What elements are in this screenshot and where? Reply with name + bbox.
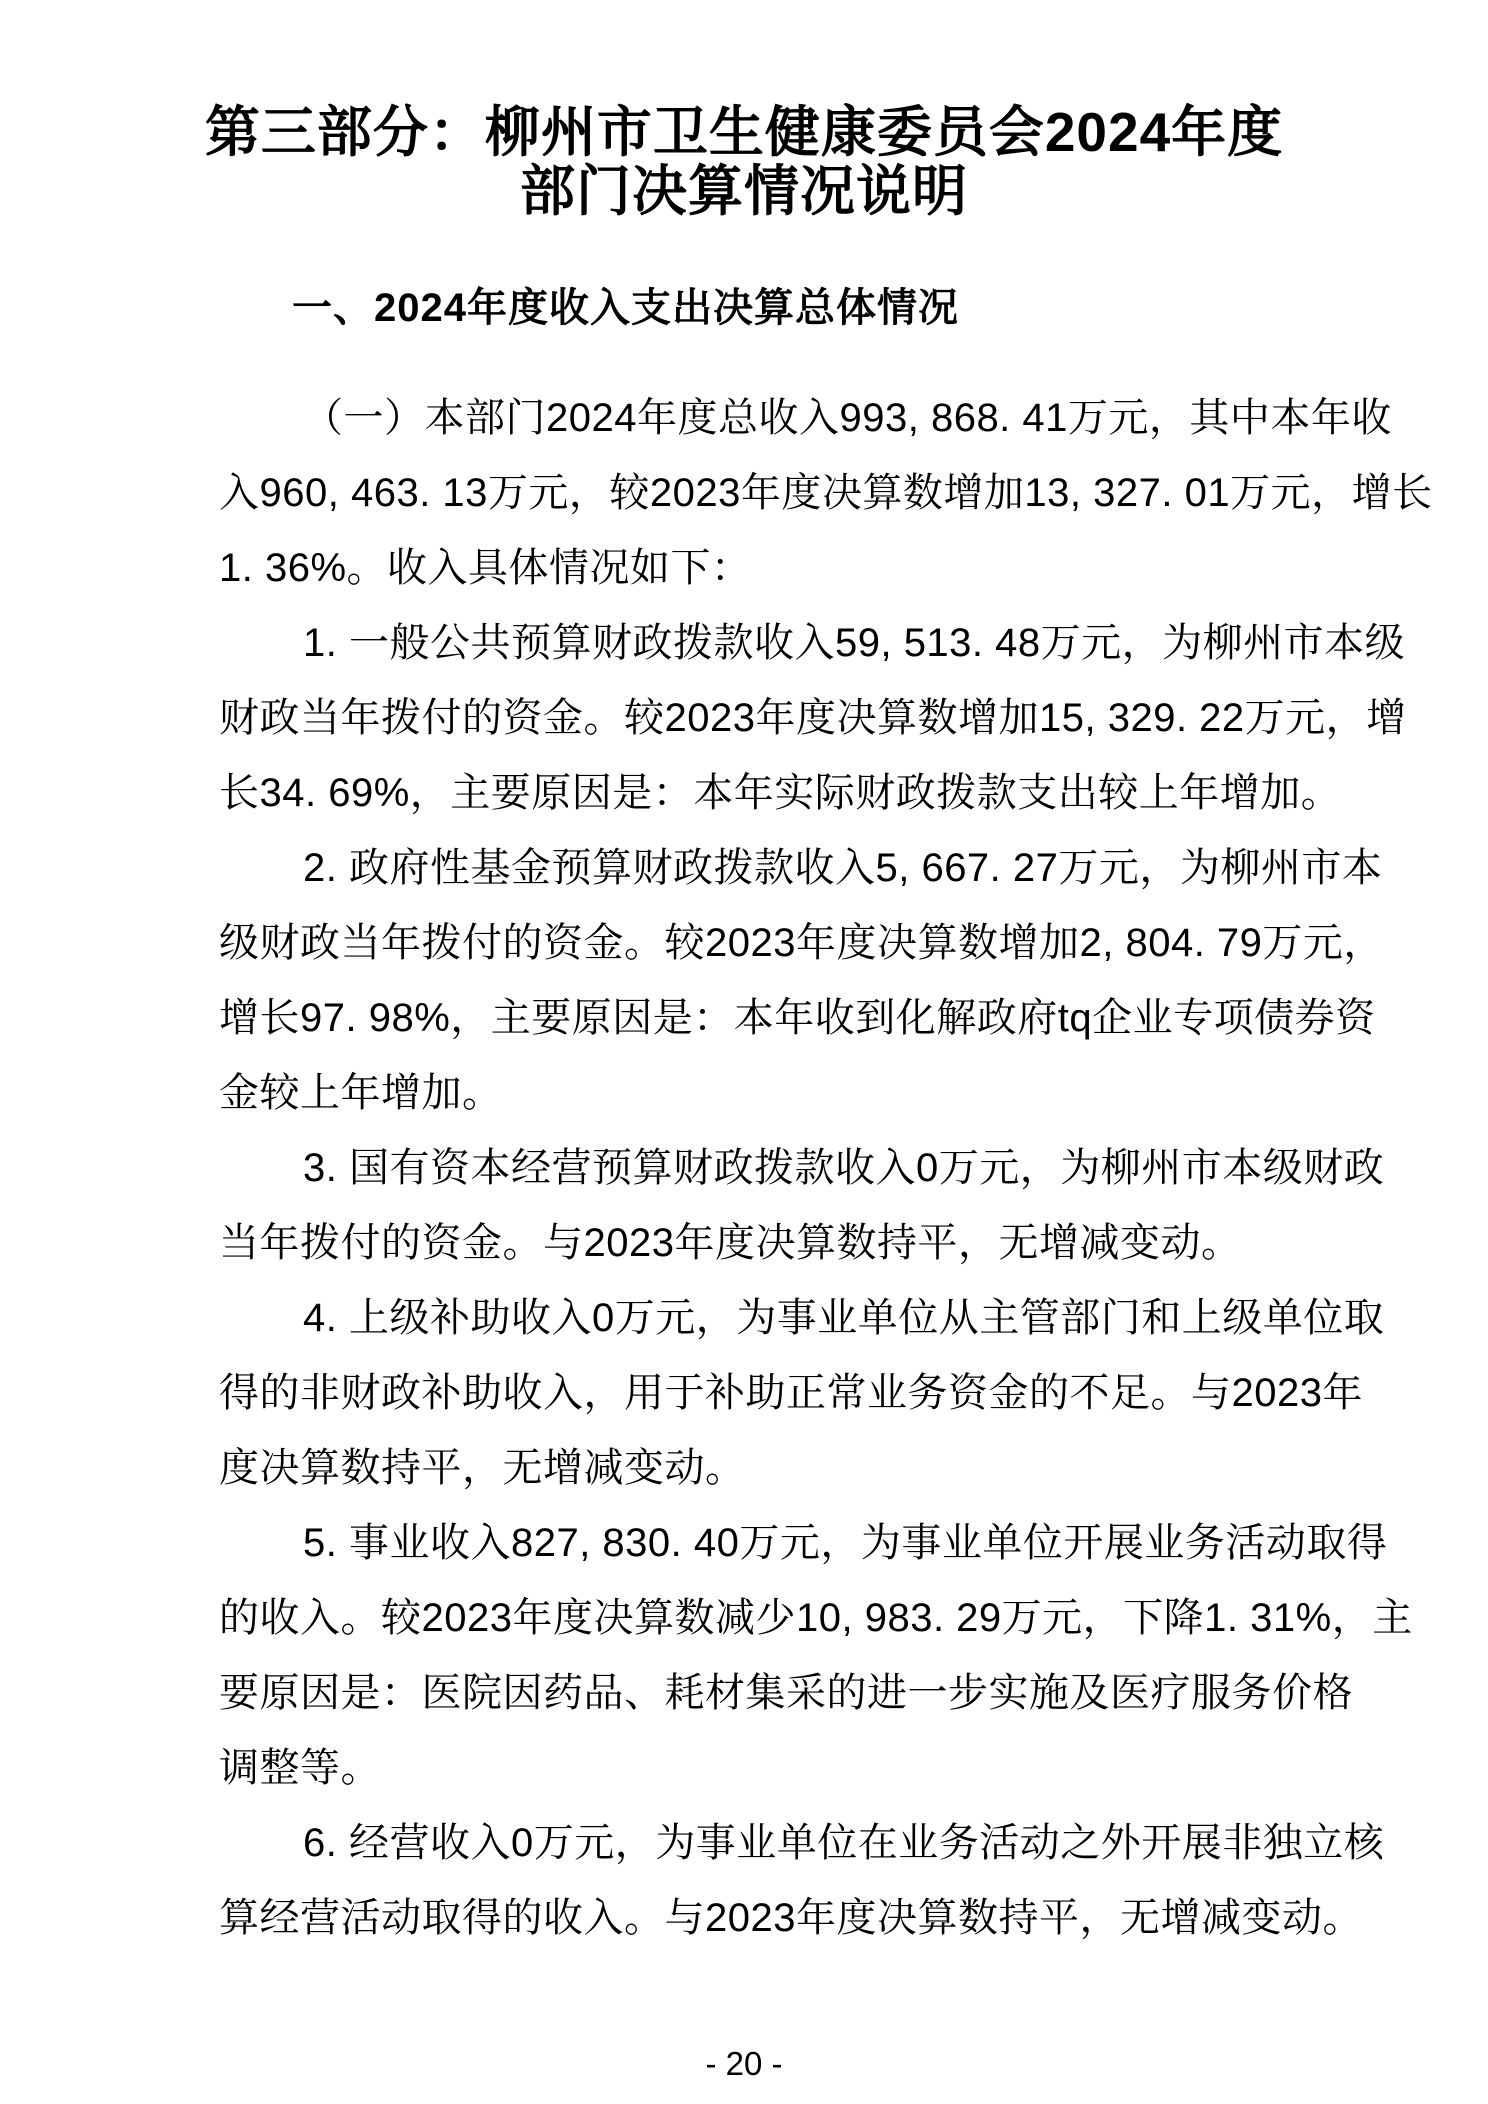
- document-page: 第三部分：柳州市卫生健康委员会2024年度 部门决算情况说明 一、2024年度收…: [0, 0, 1488, 2104]
- paragraph-item-1: 1. 一般公共预算财政拨款收入59, 513. 48万元，为柳州市本级 财政当年…: [219, 606, 1319, 831]
- body-line: 1. 一般公共预算财政拨款收入59, 513. 48万元，为柳州市本级: [219, 606, 1319, 681]
- body-line: 的收入。较2023年度决算数减少10, 983. 29万元，下降1. 31%，主: [219, 1581, 1319, 1656]
- page-number: - 20 -: [705, 2045, 782, 2082]
- paragraph-item-6: 6. 经营收入0万元，为事业单位在业务活动之外开展非独立核 算经营活动取得的收入…: [219, 1806, 1319, 1956]
- body-line: 6. 经营收入0万元，为事业单位在业务活动之外开展非独立核: [219, 1806, 1319, 1881]
- paragraph-item-4: 4. 上级补助收入0万元，为事业单位从主管部门和上级单位取 得的非财政补助收入，…: [219, 1281, 1319, 1506]
- body-line: 长34. 69%，主要原因是：本年实际财政拨款支出较上年增加。: [219, 756, 1319, 831]
- paragraph-item-3: 3. 国有资本经营预算财政拨款收入0万元，为柳州市本级财政 当年拨付的资金。与2…: [219, 1131, 1319, 1281]
- body-line: 算经营活动取得的收入。与2023年度决算数持平，无增减变动。: [219, 1881, 1319, 1956]
- body-line: 当年拨付的资金。与2023年度决算数持平，无增减变动。: [219, 1206, 1319, 1281]
- document-body: （一）本部门2024年度总收入993, 868. 41万元，其中本年收 入960…: [219, 381, 1319, 1956]
- body-line: 1. 36%。收入具体情况如下：: [219, 531, 1319, 606]
- paragraph-item-2: 2. 政府性基金预算财政拨款收入5, 667. 27万元，为柳州市本 级财政当年…: [219, 831, 1319, 1131]
- body-line: 级财政当年拨付的资金。较2023年度决算数增加2, 804. 79万元，: [219, 906, 1319, 981]
- paragraph-item-5: 5. 事业收入827, 830. 40万元，为事业单位开展业务活动取得 的收入。…: [219, 1506, 1319, 1806]
- body-line: 调整等。: [219, 1731, 1319, 1806]
- page-footer: - 20 -: [0, 2041, 1488, 2086]
- body-line: 5. 事业收入827, 830. 40万元，为事业单位开展业务活动取得: [219, 1506, 1319, 1581]
- body-line: 2. 政府性基金预算财政拨款收入5, 667. 27万元，为柳州市本: [219, 831, 1319, 906]
- body-line: 3. 国有资本经营预算财政拨款收入0万元，为柳州市本级财政: [219, 1131, 1319, 1206]
- title-line-1: 第三部分：柳州市卫生健康委员会2024年度: [0, 103, 1488, 162]
- body-line: 得的非财政补助收入，用于补助正常业务资金的不足。与2023年: [219, 1356, 1319, 1431]
- title-line-2: 部门决算情况说明: [0, 162, 1488, 221]
- body-line: 要原因是：医院因药品、耗材集采的进一步实施及医疗服务价格: [219, 1656, 1319, 1731]
- body-line: 财政当年拨付的资金。较2023年度决算数增加15, 329. 22万元，增: [219, 681, 1319, 756]
- section-heading: 一、2024年度收入支出决算总体情况: [292, 281, 959, 336]
- body-line: 度决算数持平，无增减变动。: [219, 1431, 1319, 1506]
- body-line: 增长97. 98%，主要原因是：本年收到化解政府tq企业专项债券资: [219, 981, 1319, 1056]
- body-line: 入960, 463. 13万元，较2023年度决算数增加13, 327. 01万…: [219, 456, 1319, 531]
- body-line: 金较上年增加。: [219, 1056, 1319, 1131]
- paragraph-overview: （一）本部门2024年度总收入993, 868. 41万元，其中本年收 入960…: [219, 381, 1319, 606]
- body-line: 4. 上级补助收入0万元，为事业单位从主管部门和上级单位取: [219, 1281, 1319, 1356]
- document-title: 第三部分：柳州市卫生健康委员会2024年度 部门决算情况说明: [0, 103, 1488, 221]
- body-line: （一）本部门2024年度总收入993, 868. 41万元，其中本年收: [219, 381, 1319, 456]
